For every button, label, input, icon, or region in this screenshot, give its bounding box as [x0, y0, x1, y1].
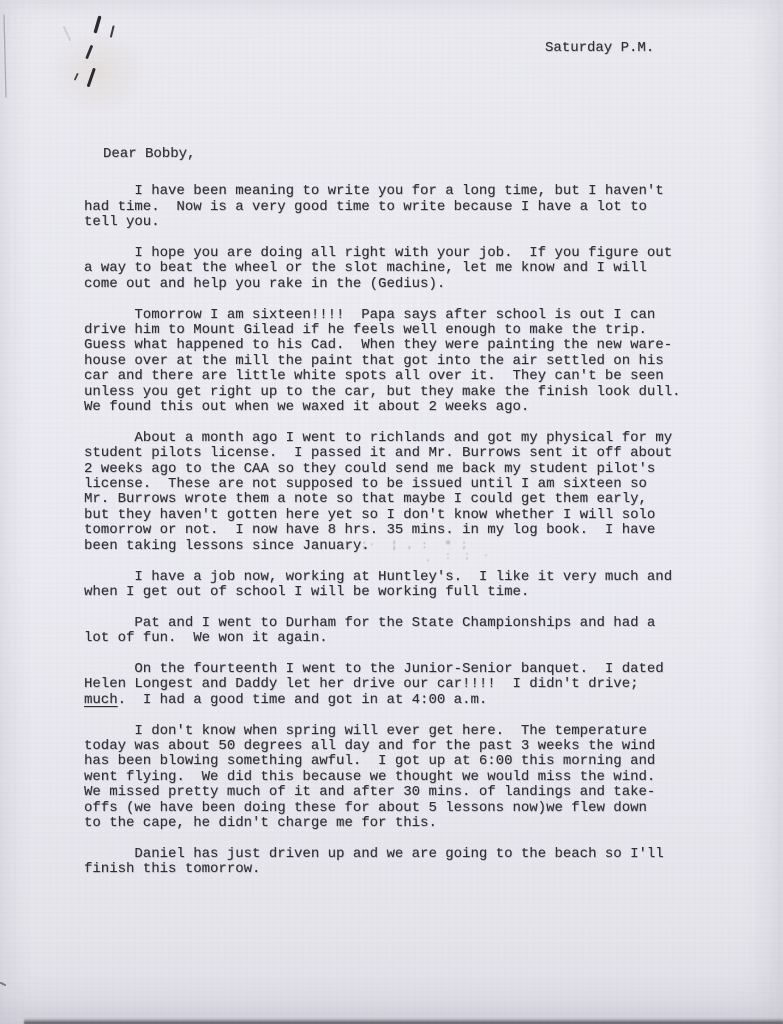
letter-line: I don't know when spring will ever get h… [84, 724, 752, 739]
letter-line: to the cape, he didn't charge me for thi… [84, 816, 752, 831]
ink-smudge: ¸ : ; · [425, 550, 494, 561]
paragraph: I have been meaning to write you for a l… [84, 184, 752, 230]
letter-line: had time. Now is a very good time to wri… [84, 200, 752, 215]
pen-mark [1, 983, 5, 985]
salutation: Dear Bobby, [84, 147, 752, 162]
paragraph: Pat and I went to Durham for the State C… [84, 616, 752, 647]
letter-line: finish this tomorrow. [84, 862, 752, 877]
letter-line: I have been meaning to write you for a l… [84, 184, 752, 199]
letter-line: Helen Longest and Daddy let her drive ou… [84, 677, 752, 692]
letter-line: I have a job now, working at Huntley's. … [84, 570, 752, 585]
letter-line: tomorrow or not. I now have 8 hrs. 35 mi… [84, 523, 752, 538]
paragraph: I don't know when spring will ever get h… [84, 724, 752, 832]
letter-line: come out and help you rake in the (Gediu… [84, 277, 752, 292]
letter-line: Tomorrow I am sixteen!!!! Papa says afte… [84, 308, 752, 323]
date-line: Saturday P.M. [545, 41, 654, 56]
letter-line: went flying. We did this because we thou… [84, 770, 752, 785]
letter-line: offs (we have been doing these for about… [84, 801, 752, 816]
letter-line: a way to beat the wheel or the slot mach… [84, 261, 752, 276]
letter-line: Mr. Burrows wrote them a note so that ma… [84, 492, 752, 507]
paragraph: On the fourteenth I went to the Junior-S… [84, 662, 752, 708]
paragraph: Daniel has just driven up and we are goi… [84, 847, 752, 878]
paper-stain [28, 12, 168, 132]
letter-line: Daniel has just driven up and we are goi… [84, 847, 752, 862]
letter-line: Guess what happened to his Cad. When the… [84, 338, 752, 353]
letter-line: but they haven't gotten here yet so I do… [84, 508, 752, 523]
scan-bottom-edge [24, 1018, 783, 1024]
paragraph: I have a job now, working at Huntley's. … [84, 570, 752, 601]
letter-line: car and there are little white spots all… [84, 369, 752, 384]
letter-page: Saturday P.M. Dear Bobby, I have been me… [0, 0, 783, 1024]
paragraph: I hope you are doing all right with your… [84, 246, 752, 292]
letter-line: has been blowing something awful. I got … [84, 754, 752, 769]
letter-line: lot of fun. We won it again. [84, 631, 752, 646]
letter-line: house over at the mill the paint that go… [84, 354, 752, 369]
letter-line: On the fourteenth I went to the Junior-S… [84, 662, 752, 677]
letter-line: 2 weeks ago to the CAA so they could sen… [84, 462, 752, 477]
letter-line: much. I had a good time and got in at 4:… [84, 693, 752, 708]
paragraph: Tomorrow I am sixteen!!!! Papa says afte… [84, 308, 752, 416]
letter-line: Pat and I went to Durham for the State C… [84, 616, 752, 631]
letter-line: We missed pretty much of it and after 30… [84, 785, 752, 800]
letter-line: when I get out of school I will be worki… [84, 585, 752, 600]
letter-line: tell you. [84, 215, 752, 230]
letter-line: student pilots license. I passed it and … [84, 446, 752, 461]
letter-body: Dear Bobby, I have been meaning to write… [84, 147, 752, 893]
pen-mark [4, 15, 6, 97]
paragraph: About a month ago I went to richlands an… [84, 431, 752, 554]
letter-line: unless you get right up to the car, but … [84, 385, 752, 400]
letter-line: We found this out when we waxed it about… [84, 400, 752, 415]
letter-line: About a month ago I went to richlands an… [84, 431, 752, 446]
